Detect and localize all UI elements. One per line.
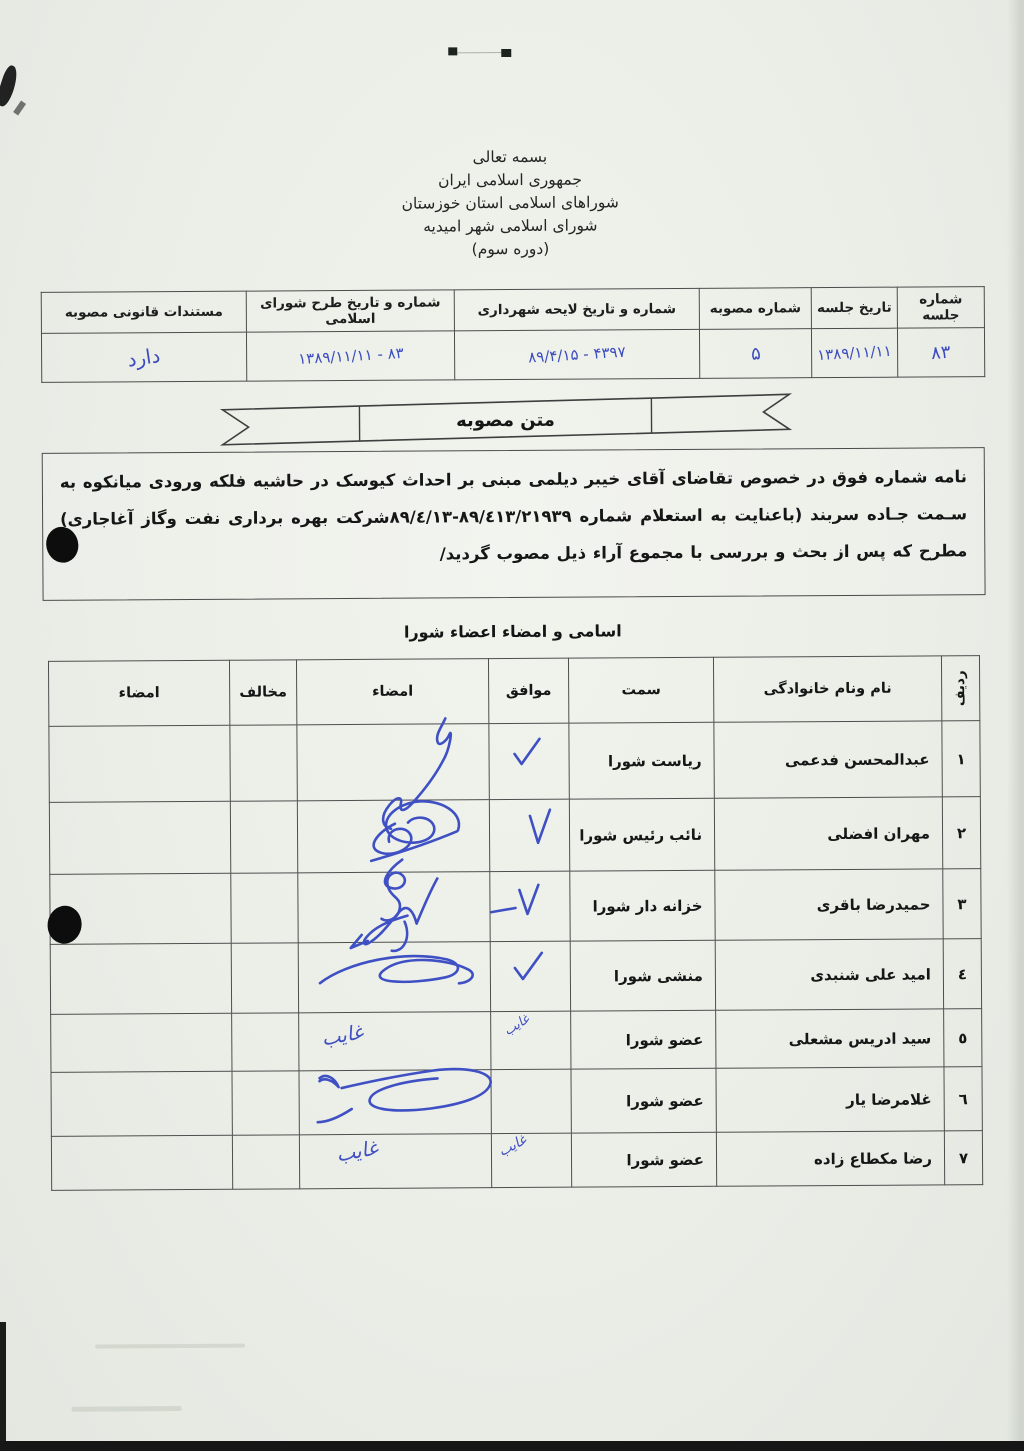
member-row-no: ٧ bbox=[944, 1131, 982, 1185]
meta-value-session-no: ۸۳ bbox=[897, 328, 984, 378]
member-signature-cell bbox=[297, 724, 489, 801]
corner-smudge bbox=[13, 101, 26, 116]
member-agree-cell bbox=[490, 941, 570, 1011]
member-row-no: ٦ bbox=[944, 1067, 982, 1131]
meta-header-legal-docs: مستندات قانونی مصوبه bbox=[41, 291, 246, 333]
meta-value-legal-docs: دارد bbox=[41, 332, 246, 382]
member-position: ریاست شورا bbox=[569, 722, 714, 799]
handwritten-session-no: ۸۳ bbox=[931, 341, 952, 363]
meta-value-bill-no-date: ۸۹/۴/۱۵ - ۴۳۹۷ bbox=[454, 329, 699, 379]
member-row: ٧ رضا مکطاع زاده عضو شورا bbox=[51, 1131, 982, 1191]
meta-header-bill-no-date: شماره و تاریخ لایحه شهرداری bbox=[454, 288, 699, 330]
member-signature-cell bbox=[298, 942, 490, 1013]
scan-edge-bottom bbox=[0, 1441, 1024, 1451]
member-oppose-cell bbox=[232, 1013, 299, 1071]
member-row-no: ۱ bbox=[942, 721, 980, 797]
member-agree-cell bbox=[489, 799, 569, 871]
meta-header-session-date: تاریخ جلسه bbox=[811, 287, 897, 329]
members-header-row-no: ردیف bbox=[941, 656, 979, 721]
member-row-no: ۳ bbox=[943, 869, 981, 939]
member-row: ٦ غلامرضا یار عضو شورا bbox=[51, 1067, 982, 1137]
member-name: امید علی شنبدی bbox=[715, 939, 943, 1010]
members-section-title: اسامی و امضاء اعضاء شورا bbox=[1, 619, 1024, 644]
member-row-no: ٥ bbox=[944, 1009, 982, 1067]
member-oppose-cell bbox=[232, 1135, 299, 1189]
row-no-label: ردیف bbox=[952, 670, 968, 706]
resolution-text-box: نامه شماره فوق در خصوص تقاضای آقای خیبر … bbox=[42, 447, 986, 601]
meta-table: شماره جلسه تاریخ جلسه شماره مصوبه شماره … bbox=[41, 286, 986, 383]
handwritten-resolution-no: ۵ bbox=[750, 343, 761, 365]
handwritten-plan-no-date: ۱۳۸۹/۱۱/۱۱ - ۸۳ bbox=[297, 344, 403, 368]
meta-header-plan-no-date: شماره و تاریخ طرح شورای اسلامی bbox=[246, 290, 454, 332]
member-signature-cell bbox=[298, 872, 490, 943]
corner-smudge bbox=[0, 64, 20, 108]
meta-header-row: شماره جلسه تاریخ جلسه شماره مصوبه شماره … bbox=[41, 287, 984, 334]
members-table: ردیف نام ونام خانوادگی سمت موافق امضاء م… bbox=[48, 655, 983, 1191]
staple-mark-right bbox=[501, 49, 511, 57]
member-oppose-signature-cell bbox=[51, 1071, 232, 1136]
member-oppose-signature-cell bbox=[51, 1135, 232, 1190]
member-oppose-cell bbox=[232, 1071, 299, 1135]
scan-edge-left bbox=[0, 1322, 6, 1451]
member-row-no: ٤ bbox=[943, 939, 981, 1009]
member-name: مهران افضلی bbox=[714, 797, 942, 870]
member-position: عضو شورا bbox=[571, 1132, 716, 1187]
members-header-position: سمت bbox=[568, 657, 713, 723]
letterhead-line-term: (دوره سوم) bbox=[0, 235, 1023, 264]
members-header-agree: موافق bbox=[488, 658, 568, 723]
resolution-text: نامه شماره فوق در خصوص تقاضای آقای خیبر … bbox=[60, 458, 968, 575]
handwritten-session-date: ۱۳۸۹/۱۱/۱۱ bbox=[817, 342, 892, 364]
handwritten-darad: دارد bbox=[126, 343, 162, 372]
member-row: ٤ امید علی شنبدی منشی شورا bbox=[50, 939, 981, 1015]
members-header-name: نام ونام خانوادگی bbox=[713, 656, 941, 722]
staple-mark-left bbox=[448, 47, 457, 55]
member-signature-cell bbox=[299, 1012, 491, 1071]
member-name: سید ادریس مشعلی bbox=[716, 1009, 944, 1068]
member-oppose-cell bbox=[231, 943, 298, 1013]
member-name: غلامرضا یار bbox=[716, 1067, 944, 1132]
scan-smudge bbox=[72, 1406, 182, 1412]
member-oppose-cell bbox=[230, 801, 297, 873]
scan-edge-right bbox=[1007, 0, 1024, 1451]
member-position: نائب رئیس شورا bbox=[569, 798, 714, 871]
member-oppose-signature-cell bbox=[50, 943, 231, 1014]
member-agree-cell bbox=[491, 1069, 571, 1133]
member-agree-cell bbox=[490, 871, 570, 941]
members-header-signature: امضاء bbox=[296, 659, 488, 725]
member-oppose-cell bbox=[230, 725, 297, 801]
member-name: حمیدرضا باقری bbox=[715, 869, 943, 940]
meta-value-resolution-no: ۵ bbox=[699, 329, 811, 379]
scanned-page: بسمه تعالی جمهوری اسلامی ایران شوراهای ا… bbox=[0, 0, 1024, 1451]
member-position: عضو شورا bbox=[571, 1068, 716, 1133]
member-oppose-signature-cell bbox=[49, 725, 230, 802]
members-header-signature2: امضاء bbox=[48, 660, 229, 726]
member-agree-cell bbox=[491, 1133, 571, 1187]
member-row: ۳ حمیدرضا باقری خزانه دار شورا bbox=[50, 869, 981, 945]
member-position: خزانه دار شورا bbox=[570, 870, 715, 941]
member-row-no: ۲ bbox=[942, 797, 980, 869]
handwritten-bill-no-date: ۸۹/۴/۱۵ - ۴۳۹۷ bbox=[528, 343, 626, 367]
meta-header-session-no: شماره جلسه bbox=[897, 287, 984, 329]
staple-mark bbox=[452, 52, 507, 53]
member-agree-cell bbox=[491, 1011, 571, 1069]
member-row: ۲ مهران افضلی نائب رئیس شورا bbox=[49, 797, 980, 875]
meta-value-plan-no-date: ۱۳۸۹/۱۱/۱۱ - ۸۳ bbox=[246, 331, 454, 381]
meta-value-session-date: ۱۳۸۹/۱۱/۱۱ bbox=[811, 328, 897, 378]
member-oppose-cell bbox=[231, 873, 298, 943]
meta-header-resolution-no: شماره مصوبه bbox=[699, 288, 811, 330]
member-name: رضا مکطاع زاده bbox=[716, 1131, 944, 1186]
member-row: ۱ عبدالمحسن فدعمی ریاست شورا bbox=[49, 721, 980, 803]
member-agree-cell bbox=[489, 723, 569, 799]
members-header-row: ردیف نام ونام خانوادگی سمت موافق امضاء م… bbox=[48, 656, 979, 727]
member-oppose-signature-cell bbox=[49, 801, 230, 874]
resolution-ref-number: ۸۹/٤/۱۳-۸۹/٤۱۳/۲۱۹۳۹ bbox=[390, 498, 572, 536]
scan-smudge bbox=[95, 1344, 245, 1349]
members-header-oppose: مخالف bbox=[229, 660, 296, 725]
letterhead: بسمه تعالی جمهوری اسلامی ایران شوراهای ا… bbox=[0, 143, 1023, 264]
member-signature-cell bbox=[299, 1070, 491, 1135]
member-signature-cell bbox=[299, 1134, 491, 1189]
member-position: عضو شورا bbox=[571, 1010, 716, 1069]
member-signature-cell bbox=[297, 800, 489, 873]
member-row: ٥ سید ادریس مشعلی عضو شورا bbox=[51, 1009, 982, 1073]
member-position: منشی شورا bbox=[570, 940, 715, 1011]
meta-value-row: ۸۳ ۱۳۸۹/۱۱/۱۱ ۵ ۸۹/۴/۱۵ - ۴۳۹۷ ۱۳۸۹/۱۱/۱… bbox=[41, 328, 984, 383]
member-name: عبدالمحسن فدعمی bbox=[714, 721, 942, 798]
resolution-banner-title: متن مصوبه bbox=[361, 398, 649, 442]
member-oppose-signature-cell bbox=[51, 1013, 232, 1072]
